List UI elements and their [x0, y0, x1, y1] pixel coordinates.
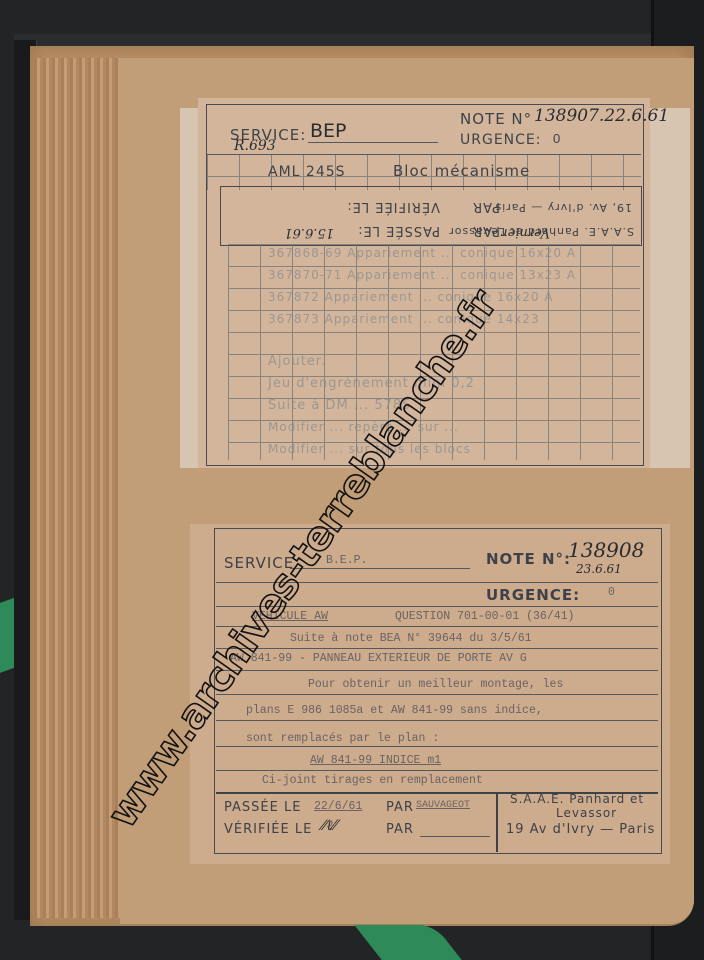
- urgence-label: URGENCE:: [460, 132, 541, 148]
- body-line-4: plans E 986 1085a et AW 841-99 sans indi…: [246, 704, 543, 717]
- body-line-6: AW 841-99 INDICE m1: [310, 754, 441, 767]
- mirrored-footer: PASSÉE LE: 15.6.61 PAR Vernier VÉRIFIÉE …: [220, 186, 640, 244]
- note-number-value: 138907.22.6.61: [534, 106, 669, 126]
- par-value-1: SAUVAGEOT: [416, 800, 470, 811]
- verifiee-signature: ⁄⁄ℓ⁄⁄: [322, 818, 337, 835]
- passee-label: PASSÉE LE: [224, 800, 301, 815]
- question-line: QUESTION 701-00-01 (36/41): [395, 610, 574, 623]
- subject-text: Bloc mécanisme: [393, 162, 530, 180]
- note-number-label: NOTE N°: [460, 110, 532, 128]
- body-line-1: Suite à note BEA N° 39644 du 3/5/61: [290, 632, 532, 645]
- urgence-value: 0: [553, 131, 560, 146]
- subject-code: AML 245S: [268, 164, 346, 180]
- company-line-3: 19 Av d'Ivry — Paris: [506, 822, 655, 837]
- body-line-2: AW 841-99 - PANNEAU EXTERIEUR DE PORTE A…: [230, 652, 527, 665]
- urgence-value: 0: [608, 586, 615, 599]
- body-line-7: Ci-joint tirages en remplacement: [262, 774, 483, 787]
- note-number-value: 138908: [568, 538, 644, 562]
- service-value: BEP: [310, 120, 347, 142]
- company-line-2: Levassor: [556, 806, 617, 820]
- note-number-label: NOTE N°:: [486, 550, 571, 568]
- body-line-5: sont remplacés par le plan :: [246, 732, 439, 745]
- reference-handwritten: R.693: [234, 138, 276, 154]
- passee-value: 22/6/61: [314, 800, 362, 813]
- note-date: 23.6.61: [576, 562, 622, 576]
- body-line-3: Pour obtenir un meilleur montage, les: [308, 678, 563, 691]
- verifiee-label: VÉRIFIÉE LE: [224, 822, 312, 837]
- urgence-label: URGENCE:: [486, 586, 580, 604]
- par-label-1: PAR: [386, 800, 414, 815]
- company-line-1: S.A.A.E. Panhard et: [510, 792, 644, 806]
- par-label-2: PAR: [386, 822, 414, 837]
